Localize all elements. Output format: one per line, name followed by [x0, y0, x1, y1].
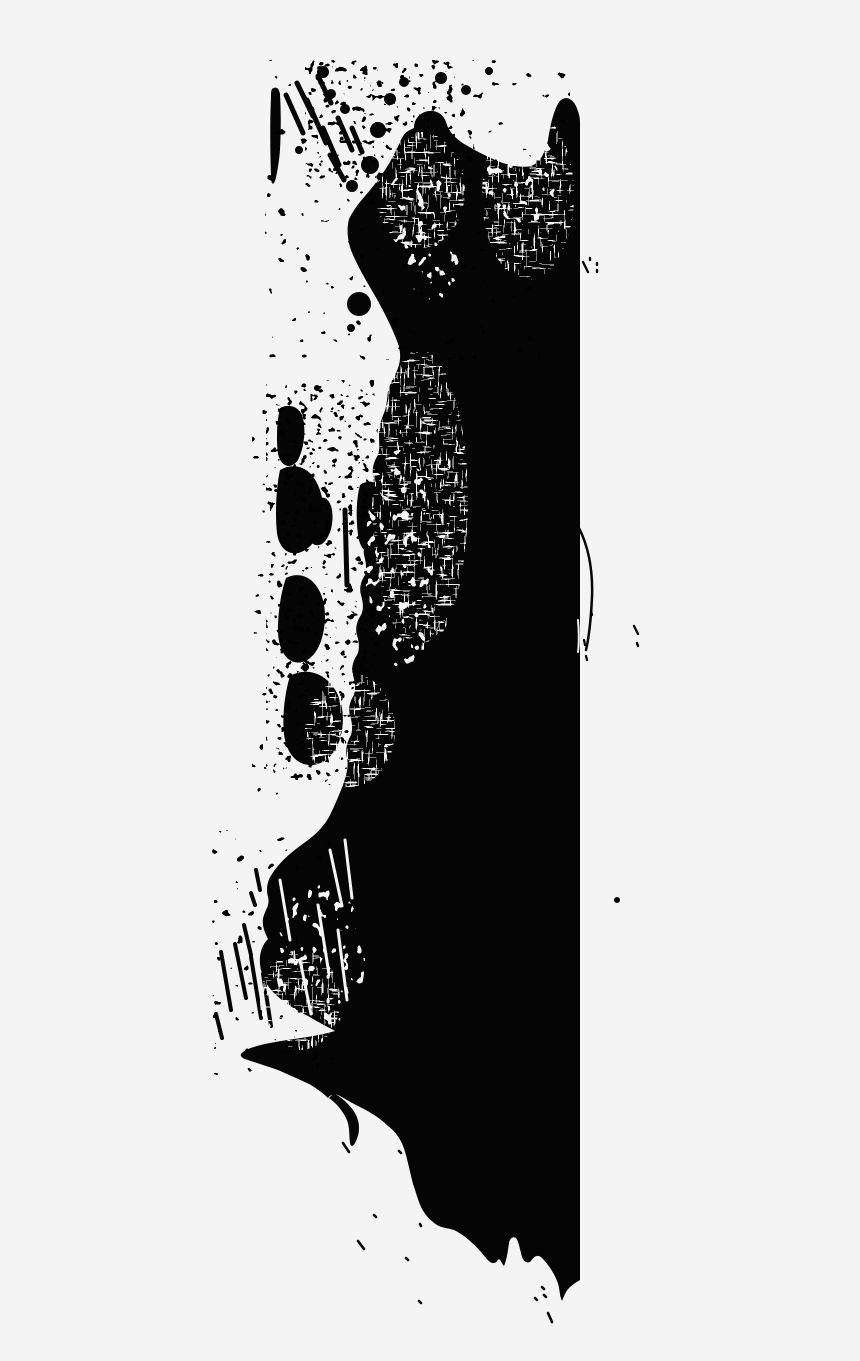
right-weave-highlight: [484, 115, 560, 225]
grunge-artwork-canvas: [0, 0, 860, 1361]
upper-weave-highlight: [385, 165, 455, 255]
middle-weave-highlight: [365, 450, 435, 670]
grunge-brush-stroke-svg: [0, 0, 860, 1361]
right-edge-whisker: [579, 528, 592, 650]
lone-right-dot: [614, 897, 620, 903]
lower-middle-weave-texture: [305, 673, 395, 787]
upper-weave-bites: [407, 240, 463, 300]
right-edge-white-nick: [578, 620, 579, 652]
